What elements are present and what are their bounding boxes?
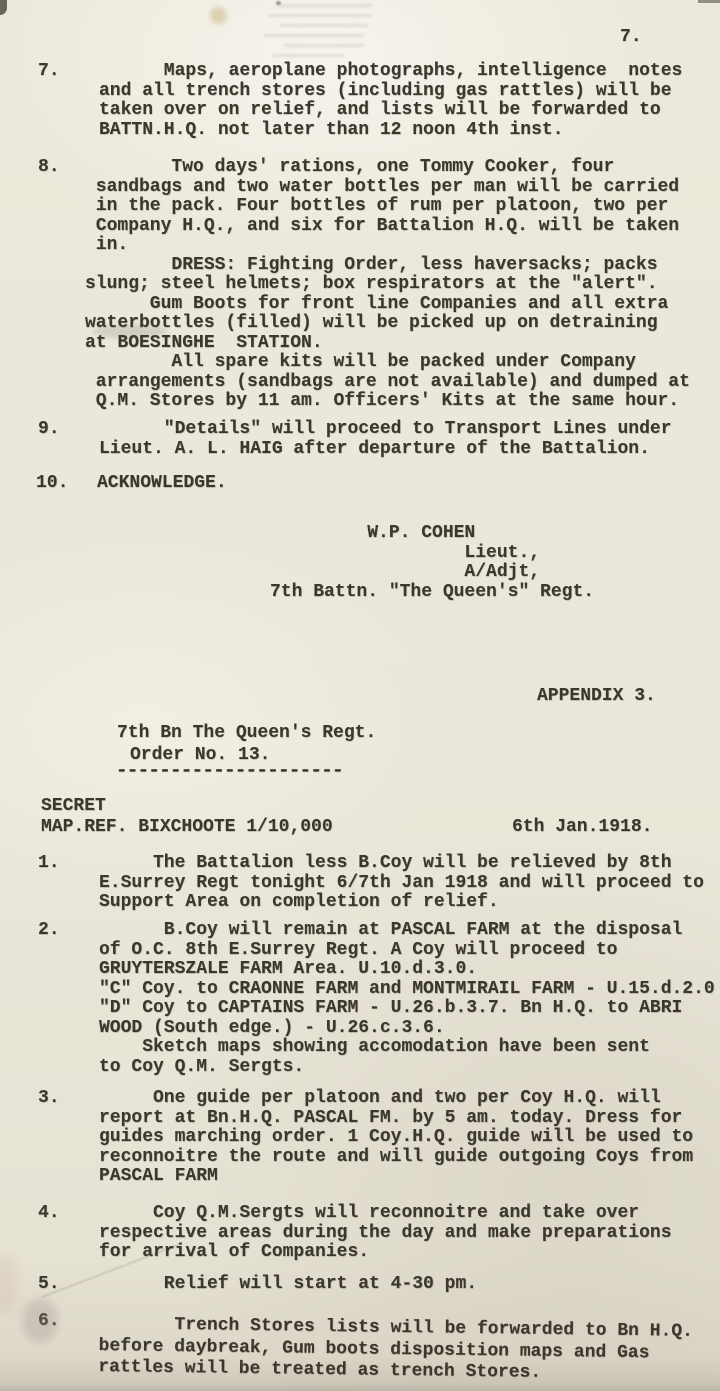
appendix-item-4-number: 4. xyxy=(38,1204,60,1224)
appendix-heading: APPENDIX 3. xyxy=(537,687,656,707)
paper-corner-mark xyxy=(0,0,7,15)
appendix-item-1-number: 1. xyxy=(38,854,60,874)
order-item-10-number: 10. xyxy=(36,474,68,494)
order-item-9-number: 9. xyxy=(38,420,60,440)
appendix-item-6-body: Trench Stores lists will be forwarded to… xyxy=(98,1314,693,1386)
order-item-10-body: ACKNOWLEDGE. xyxy=(97,474,227,494)
appendix-item-4-body: Coy Q.M.Sergts will reconnoitre and take… xyxy=(99,1204,672,1263)
order-item-7-number: 7. xyxy=(38,62,60,82)
appendix-item-6-number: 6. xyxy=(38,1312,60,1332)
appendix-item-1-body: The Battalion less B.Coy will be relieve… xyxy=(99,854,704,913)
appendix-map-ref: MAP.REF. BIXCHOOTE 1/10,000 xyxy=(41,818,333,838)
appendix-unit-line: 7th Bn The Queen's Regt. xyxy=(117,724,376,744)
paper-stain xyxy=(210,7,227,24)
appendix-date: 6th Jan.1918. xyxy=(512,818,652,838)
paper-stain xyxy=(276,1,281,5)
appendix-item-3-body: One guide per platoon and two per Coy H.… xyxy=(99,1089,693,1187)
appendix-rule: --------------------- xyxy=(116,762,343,782)
appendix-item-2-number: 2. xyxy=(38,921,60,941)
paper-smudge xyxy=(0,1255,18,1315)
appendix-classification: SECRET xyxy=(41,797,106,817)
document-page: 7. 7. Maps, aeroplane photographs, intel… xyxy=(0,0,720,1391)
order-item-8-number: 8. xyxy=(38,158,60,178)
signature-block: W.P. COHEN Lieut., A/Adjt, 7th Battn. "T… xyxy=(270,524,594,602)
appendix-item-5-number: 5. xyxy=(38,1275,60,1295)
appendix-item-2-body: B.Coy will remain at PASCAL FARM at the … xyxy=(99,921,715,1077)
paper-edge-mark xyxy=(698,0,720,3)
page-number: 7. xyxy=(620,28,642,48)
order-item-7-body: Maps, aeroplane photographs, intelligenc… xyxy=(99,62,682,140)
order-item-9-body: "Details" will proceed to Transport Line… xyxy=(99,420,672,459)
showthrough-ghost-text xyxy=(262,2,382,64)
appendix-item-3-number: 3. xyxy=(38,1089,60,1109)
order-item-8-body: Two days' rations, one Tommy Cooker, fou… xyxy=(85,158,690,412)
appendix-item-5-body: Relief will start at 4-30 pm. xyxy=(99,1275,477,1295)
